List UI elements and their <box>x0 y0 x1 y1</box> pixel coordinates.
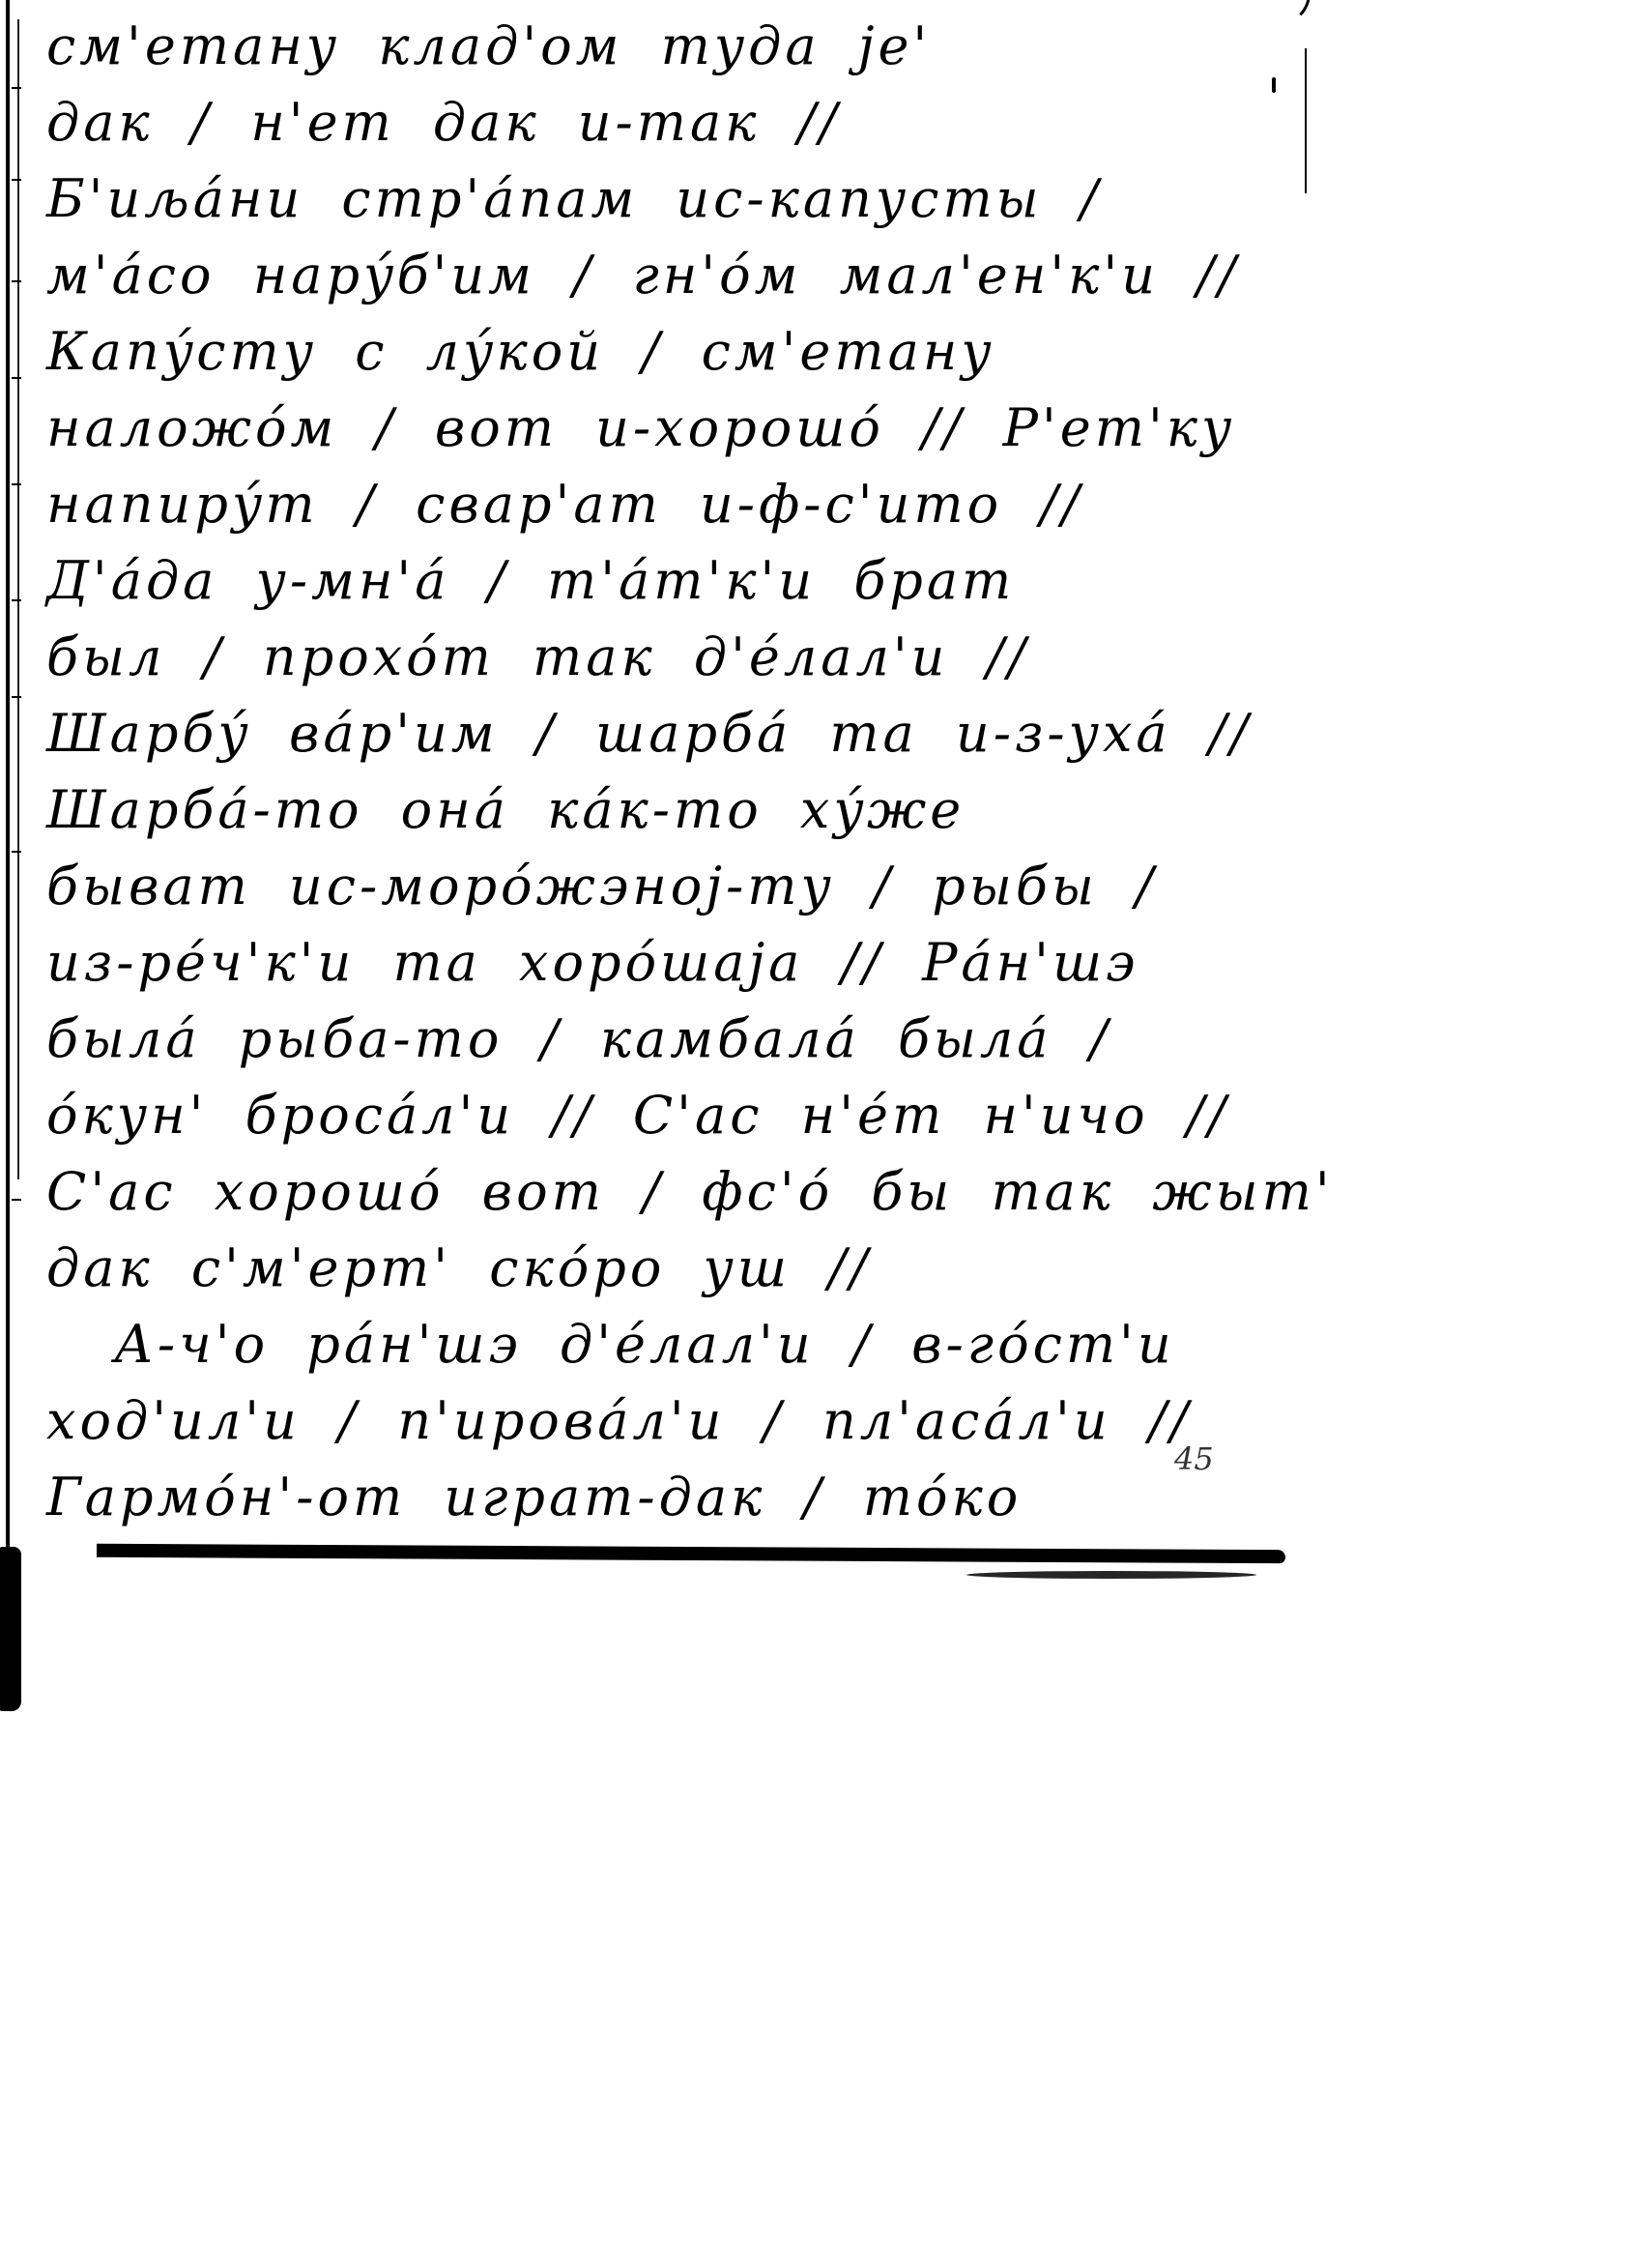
binding-ink-blot <box>0 1547 21 1711</box>
text-line: Капýсту с лýкой / см'етану наложóм / вот… <box>46 313 1274 466</box>
notebook-page: см'етану клад'ом туда је' дак / н'ет дак… <box>0 0 1290 1566</box>
text-line: м'áсо нарýб'им / гн'óм мал'ен'к'и // <box>46 237 1293 313</box>
text-line: Шарбá-то онá кáк-то хýже <box>46 771 1293 848</box>
text-line: Б'иљáни стр'áпам ис-капусты / <box>46 160 1293 237</box>
handwritten-text: см'етану клад'ом туда је' дак / н'ет дак… <box>46 8 1293 1535</box>
text-line: Д'áда у-мн'á / т'áт'к'и брат <box>46 542 1293 619</box>
binding-edge <box>6 0 10 1566</box>
text-line: напирýт / свар'ат и-ф-с'ито // <box>46 466 1293 542</box>
text-line: былá рыба-то / камбалá былá / <box>46 1001 1293 1077</box>
text-line: С'ас хорошó вот / фс'ó бы так жыт' <box>46 1153 1293 1230</box>
text-line: из-рéч'к'и та хорóшаја // Рáн'шэ <box>46 924 1293 1001</box>
text-line: Шарбý вáр'им / шарбá та и-з-ухá // <box>46 695 1293 771</box>
text-line: быват ис-морóжэној-ту / рыбы / <box>46 848 1293 924</box>
text-line-paragraph-start: А-ч'о рáн'шэ д'éлал'и / в-гóст'и <box>46 1306 1293 1382</box>
text-line: был / прохóт так д'éлал'и // <box>46 619 1293 695</box>
page-number: 45 <box>1174 1440 1214 1477</box>
text-line: дак с'м'ерт' скóро уш // <box>46 1230 1293 1306</box>
text-line: óкун' бросáл'и // С'ас н'éт н'ичо // <box>46 1077 1293 1153</box>
text-line: Гармóн'-от играт-дак / тóко <box>46 1459 1293 1535</box>
text-line: см'етану клад'ом туда је' <box>46 8 1293 84</box>
page-bottom-shadow <box>966 1571 1256 1579</box>
text-line: ход'ил'и / п'ировáл'и / пл'асáл'и // <box>46 1382 1293 1459</box>
text-line: дак / н'ет дак и-так // <box>46 84 1293 160</box>
page-right-edge <box>1305 48 1307 193</box>
